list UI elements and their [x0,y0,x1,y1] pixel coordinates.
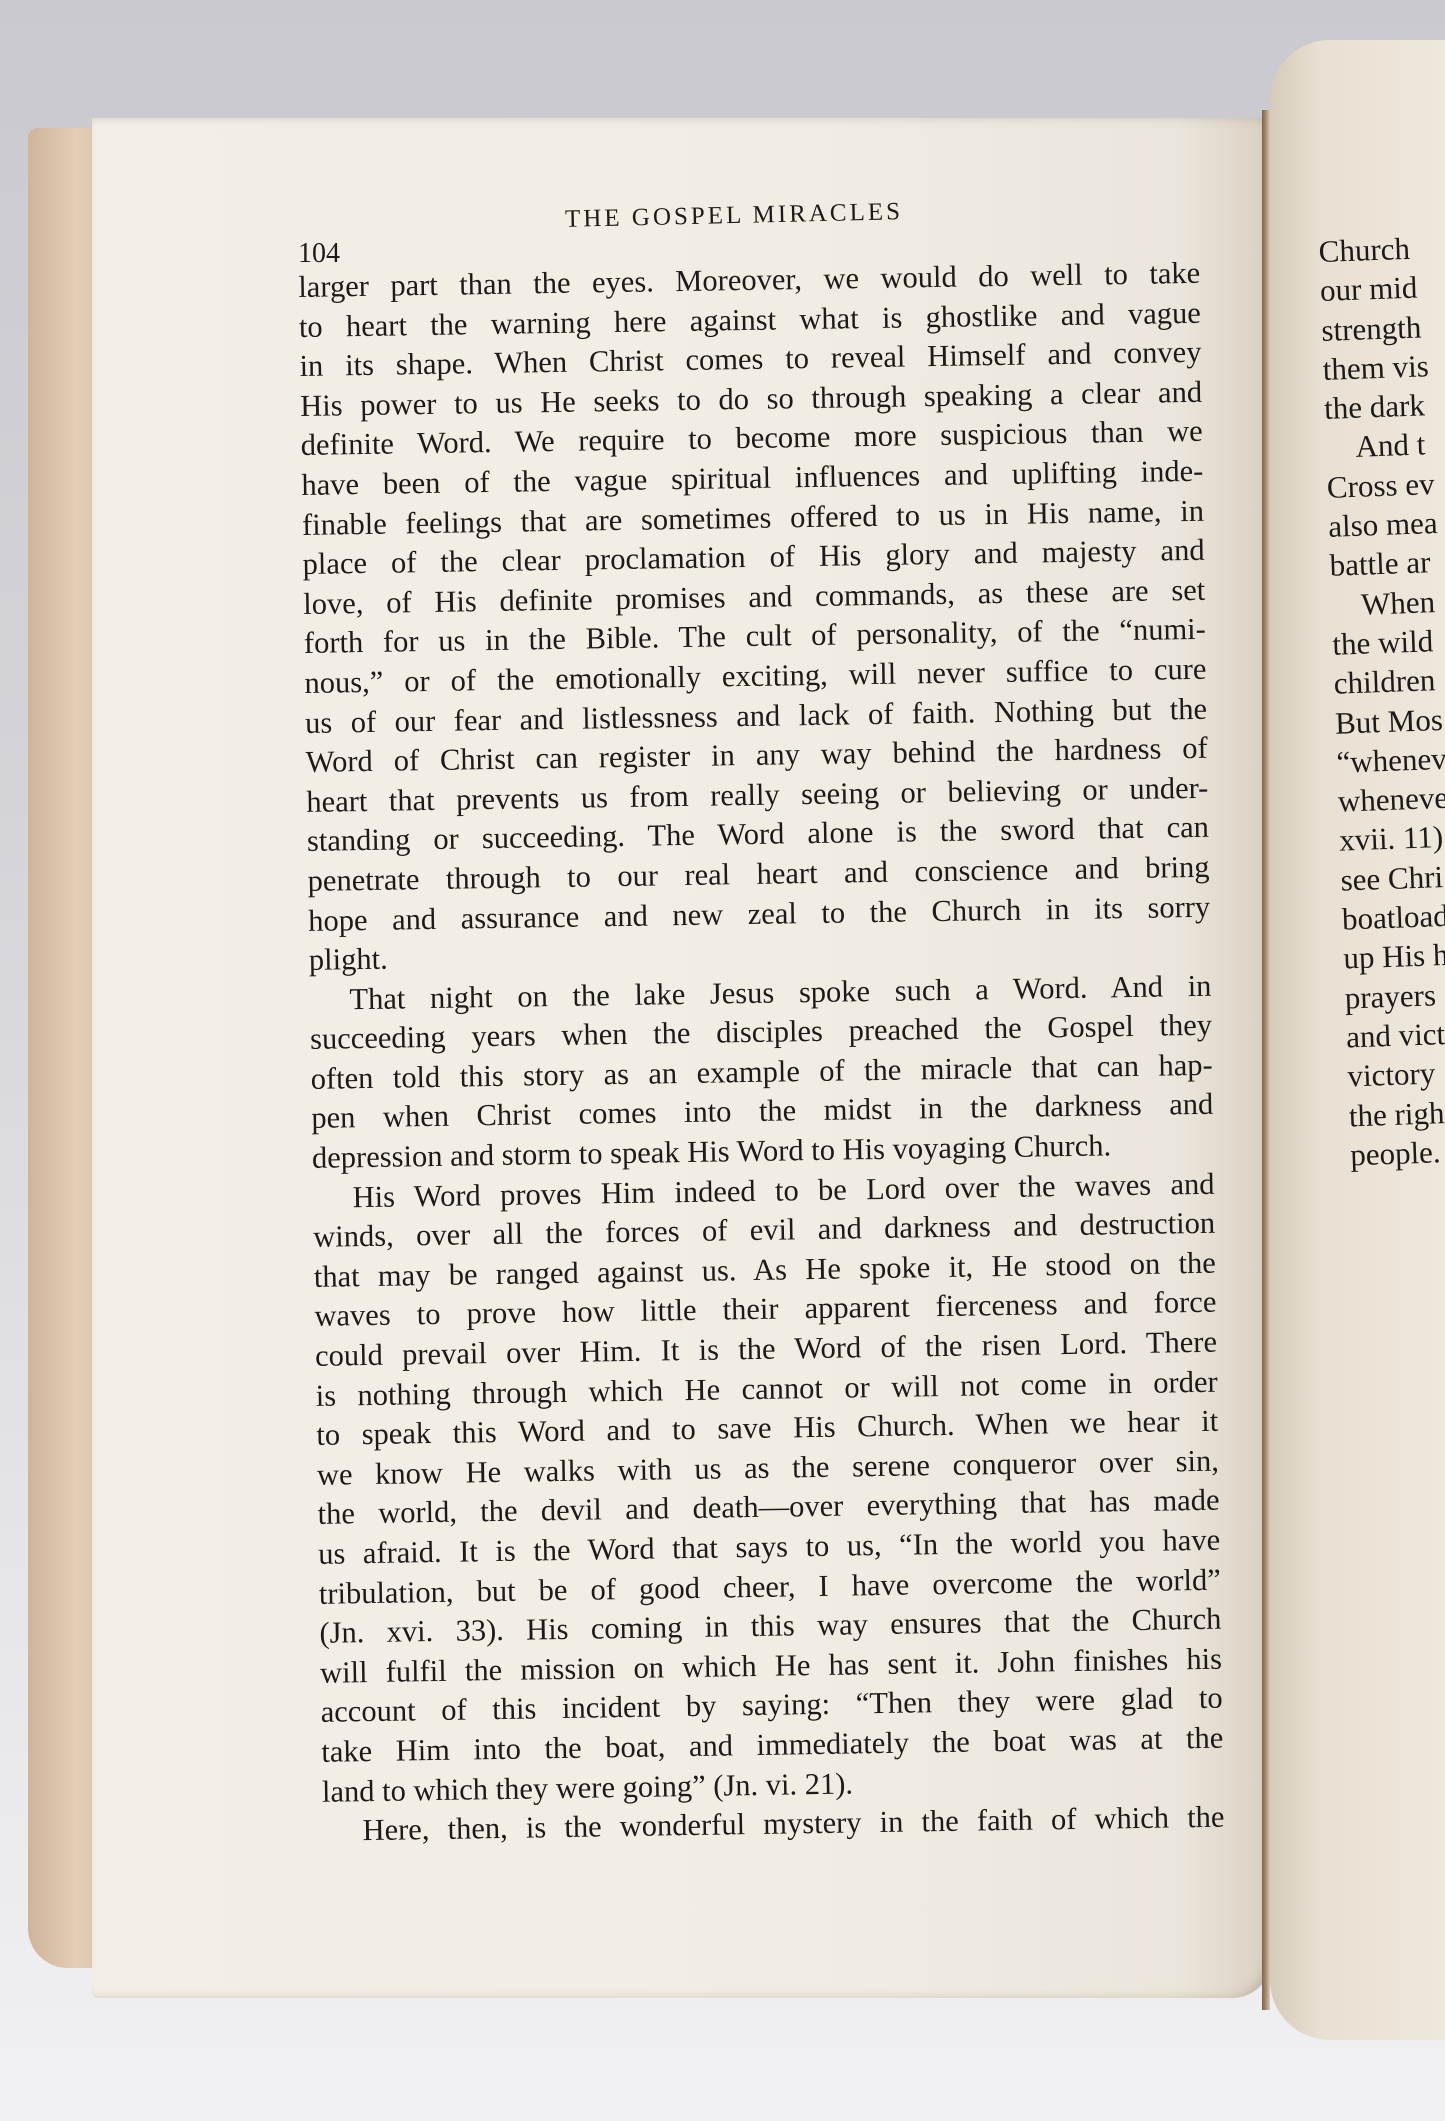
text-line: xvii. 11) [1339,815,1445,861]
text-line: “whenev [1336,736,1445,782]
text-line: our mid [1319,265,1445,311]
text-line: the righ [1348,1090,1445,1136]
text-line: the wild [1332,618,1445,664]
text-line: see Chri [1340,854,1445,900]
text-line: strength [1321,304,1445,350]
text-line: When [1330,579,1445,625]
text-line: boatload [1341,893,1445,939]
left-page-body-text: larger part than the eyes. Moreover, we … [298,254,1225,1852]
text-line: And t [1325,422,1445,468]
text-line: also mea [1328,501,1445,547]
text-line: people. [1350,1129,1445,1175]
text-line: prayers [1344,972,1445,1018]
text-line: up His h [1343,933,1445,979]
text-line: the dark [1323,383,1445,429]
book-gutter [1262,110,1270,2010]
page-number: 104 [298,238,340,270]
text-line: battle ar [1329,540,1445,586]
text-line: victory [1347,1050,1445,1096]
text-line: children [1333,658,1445,704]
text-line: wheneve [1337,776,1445,822]
text-line: and vict [1345,1011,1445,1057]
text-line: Cross ev [1326,461,1445,507]
text-line: Church [1318,226,1445,272]
text-line: them vis [1322,344,1445,390]
text-line: But Mos [1334,697,1445,743]
